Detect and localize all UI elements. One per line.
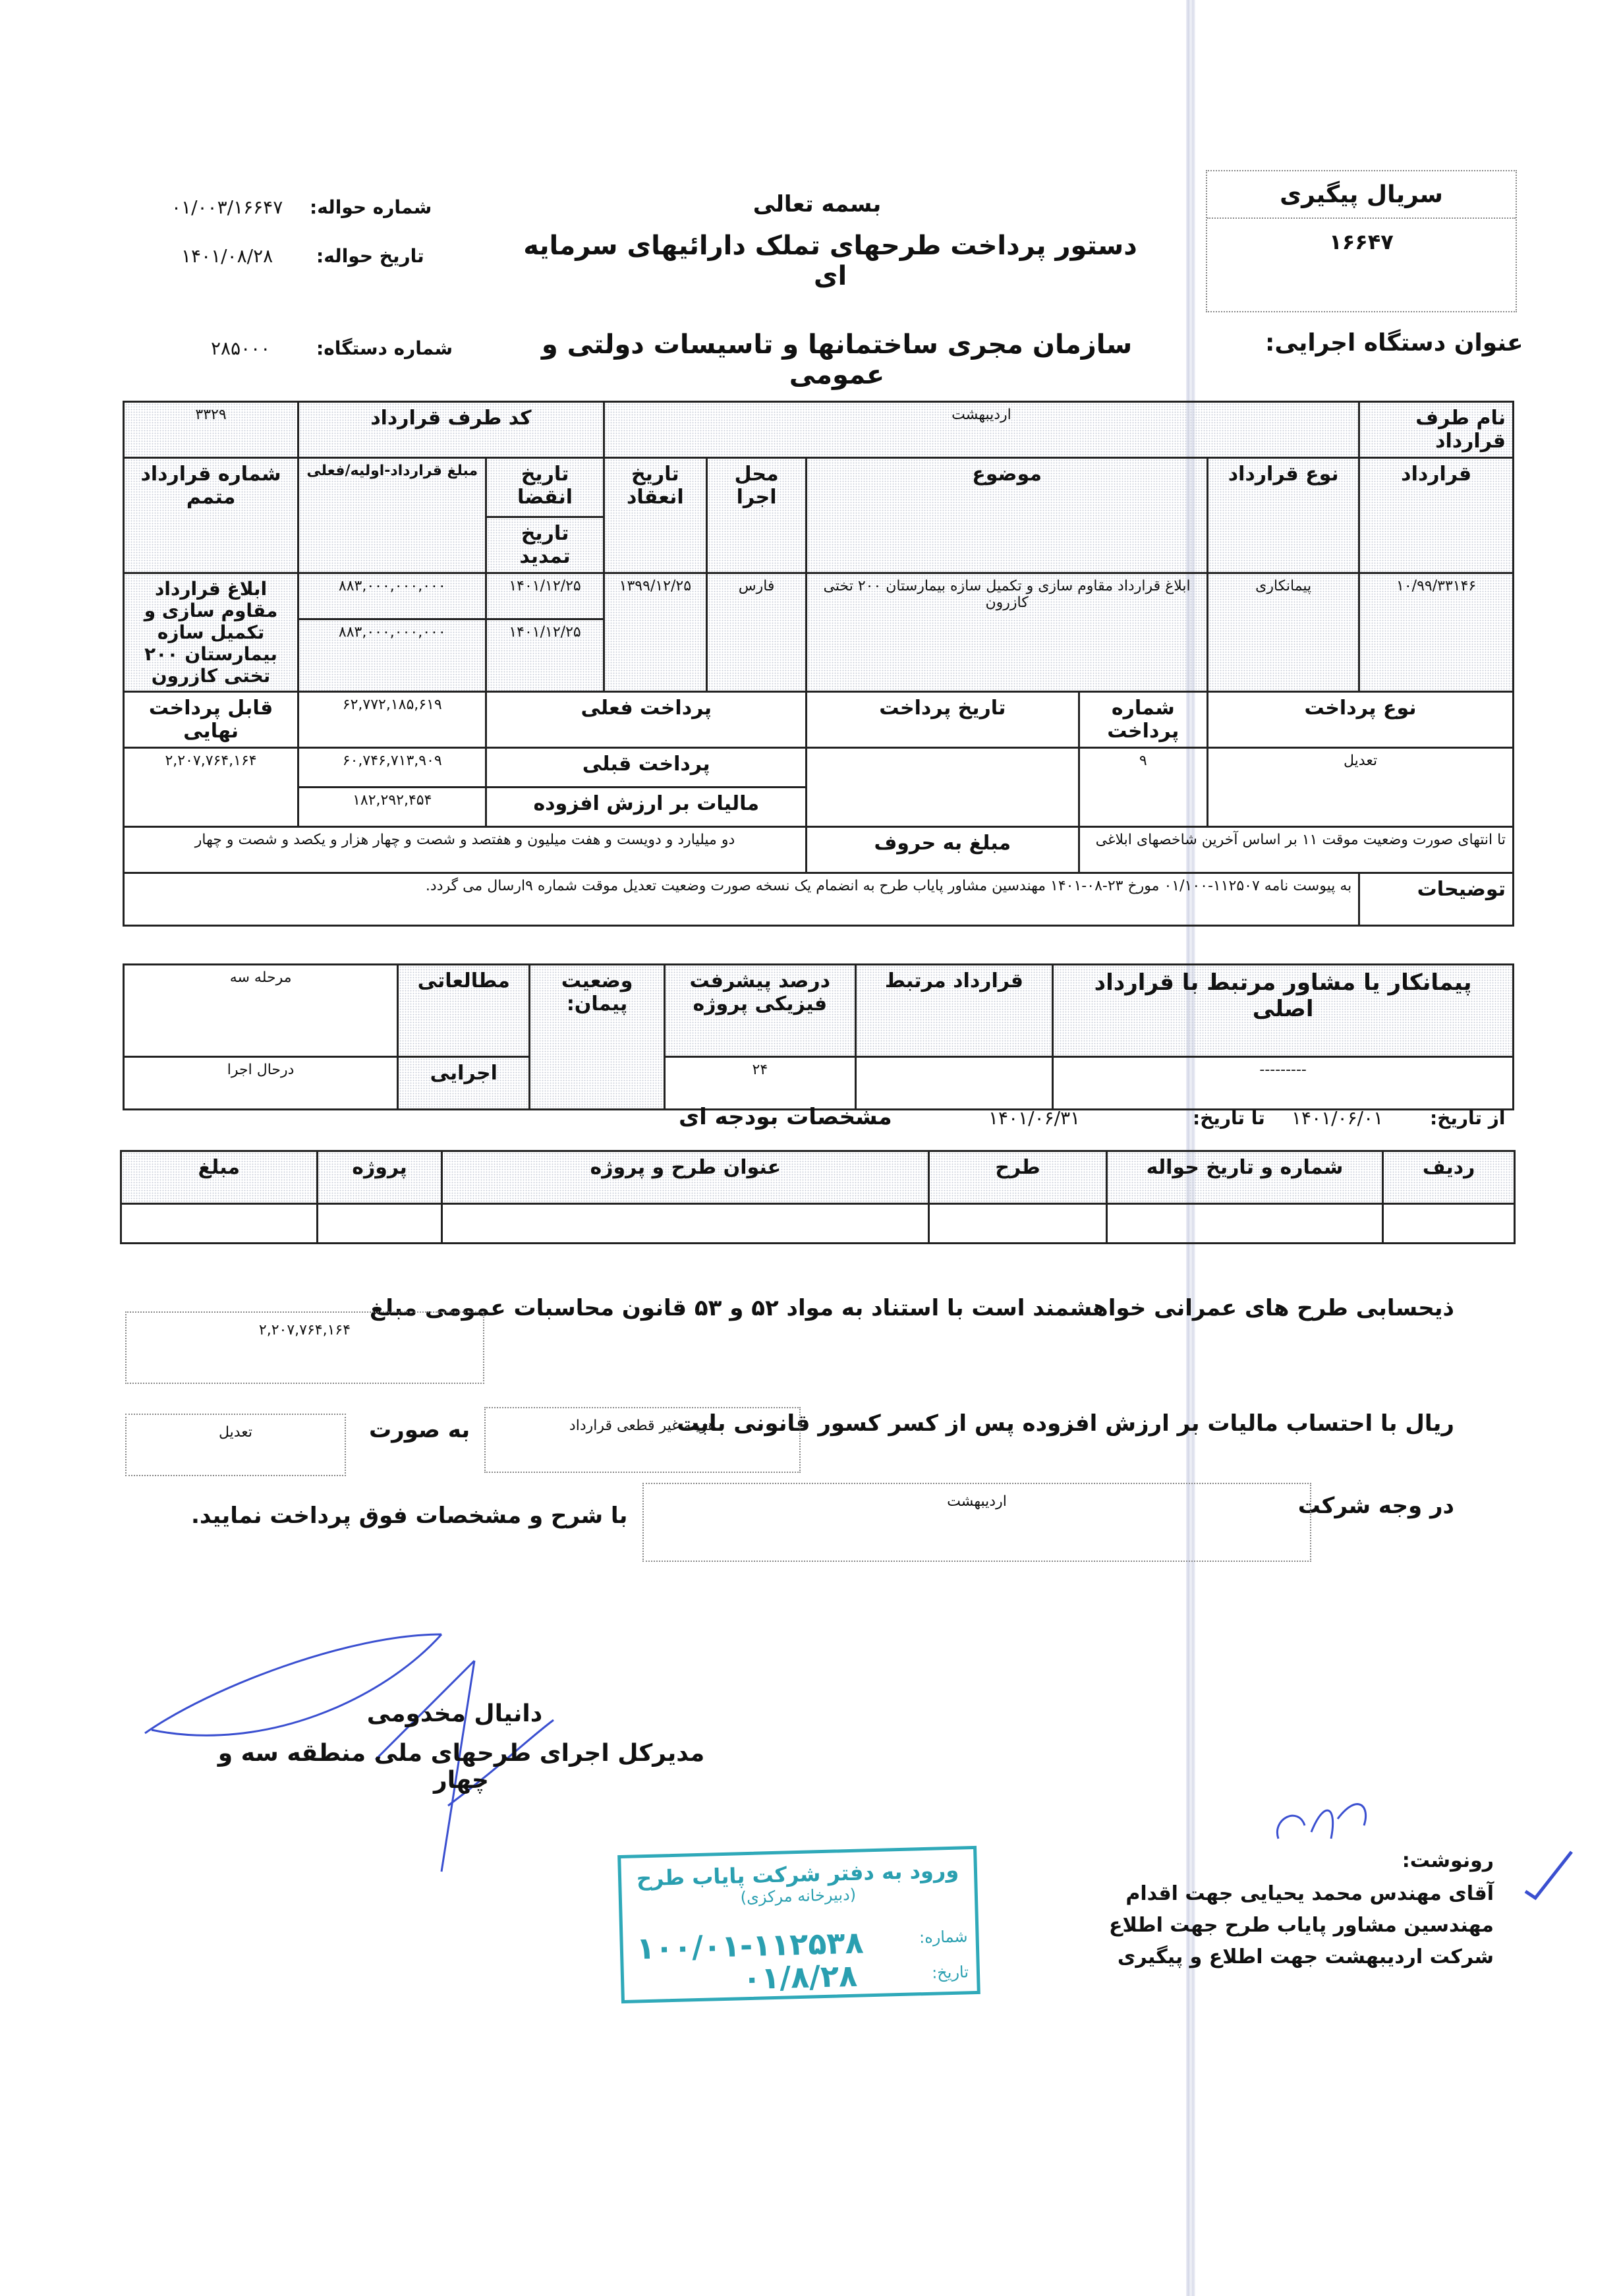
device-no-value: ۲۸۵۰۰۰ [211, 337, 270, 359]
budget-col-plan: طرح [929, 1151, 1107, 1204]
final-payable-value: ۲,۲۰۷,۷۶۴,۱۶۴ [124, 748, 298, 827]
location-header: محل اجرا [707, 458, 807, 573]
budget-col-title: عنوان طرح و پروژه [442, 1151, 929, 1204]
page-title: دستور پرداخت طرحهای تملک دارائیهای سرمای… [514, 231, 1147, 291]
vat-value: ۱۸۲,۲۹۲,۴۵۴ [298, 788, 486, 827]
checkmark-icon [1522, 1845, 1575, 1905]
related-contract-label: قرارداد مرتبط [855, 965, 1053, 1057]
stamp-date-value: ۰۱/۸/۲۸ [742, 1958, 857, 1997]
cc-list: آقای مهندس محمد یحیایی جهت اقدام مهندسین… [1109, 1878, 1494, 1973]
company-box: اردیبهشت [642, 1483, 1311, 1562]
form-box: تعدیل [125, 1414, 346, 1476]
notes-value: به پیوست نامه ۱۱۲۵۰۷-۰۱/۱۰۰ مورخ ۲۳-۰۸-۱… [124, 873, 1359, 926]
related-table: پیمانکار یا مشاور مرتبط با قرارداد اصلی … [123, 963, 1514, 1110]
current-payment-value: ۶۲,۷۷۲,۱۸۵,۶۱۹ [298, 692, 486, 748]
contract-sign-date: ۱۳۹۹/۱۲/۲۵ [604, 573, 706, 692]
cc-item: مهندسین مشاور پایاب طرح جهت اطلاع [1109, 1910, 1494, 1941]
supplement-no: ابلاغ قرارداد مقاوم سازی و تکمیل سازه بی… [124, 573, 298, 692]
contract-header: قرارداد [1359, 458, 1514, 573]
budget-cell [1383, 1204, 1515, 1244]
final-payable-label: قابل پرداخت نهایی [124, 692, 298, 748]
org-value: سازمان مجری ساختمانها و تاسیسات دولتی و … [540, 330, 1133, 390]
serial-label: سریال پیگیری [1207, 171, 1516, 219]
signer-name: دانیال مخدومی [329, 1700, 580, 1727]
current-payment-label: پرداخت فعلی [486, 692, 807, 748]
contract-amount-initial: ۸۸۳,۰۰۰,۰۰۰,۰۰۰ [298, 573, 486, 619]
serial-value: ۱۶۶۴۷ [1207, 219, 1516, 254]
related-contract-value [855, 1057, 1053, 1110]
notes-label: توضیحات [1359, 873, 1514, 926]
supplement-header: شماره قرارداد متمم [124, 458, 298, 573]
sign-date-header: تاریخ انعقاد [604, 458, 706, 573]
stage-exec: درحال اجرا [124, 1057, 398, 1110]
cc-label: رونوشت: [1402, 1845, 1494, 1877]
from-date-value: ۱۴۰۱/۰۶/۰۱ [1292, 1107, 1383, 1129]
contract-table: نام طرف قرارداد اردیبهشت کد طرف قرارداد … [123, 401, 1514, 927]
office-entry-stamp: ورود به دفتر شرکت پایاب طرح (دبیرخانه مر… [617, 1846, 980, 2003]
payment-type-label: نوع پرداخت [1208, 692, 1514, 748]
budget-cell [121, 1204, 318, 1244]
budget-cell [442, 1204, 929, 1244]
contractor-value: --------- [1053, 1057, 1514, 1110]
budget-col-amount: مبلغ [121, 1151, 318, 1204]
contractor-label: پیمانکار یا مشاور مرتبط با قرارداد اصلی [1053, 965, 1514, 1057]
budget-table: ردیف شماره و تاریخ حواله طرح عنوان طرح و… [120, 1150, 1516, 1244]
device-no-label: شماره دستگاه: [316, 337, 453, 359]
payment-number-value: ۹ [1079, 748, 1208, 827]
to-date-label: تا تاریخ: [1193, 1107, 1265, 1129]
signer-position: مدیرکل اجرای طرحهای ملی منطقه سه و چهار [198, 1740, 725, 1794]
contract-expiry-date: ۱۴۰۱/۱۲/۲۵ [486, 573, 604, 619]
cc-item: شرکت اردیبهشت جهت اطلاع و پیگیری [1109, 1941, 1494, 1973]
payment-basis: تا انتهای صورت وضعیت موقت ۱۱ بر اساس آخر… [1079, 827, 1514, 873]
progress-value: ۲۴ [664, 1057, 855, 1110]
subject-header: موضوع [807, 458, 1208, 573]
amount-in-words-value: دو میلیارد و دویست و هفت میلیون و هفتصد … [124, 827, 807, 873]
contract-no: ۱۰/۹۹/۳۳۱۴۶ [1359, 573, 1514, 692]
from-date-label: از تاریخ: [1430, 1107, 1506, 1129]
contract-extension-date: ۱۴۰۱/۱۲/۲۵ [486, 619, 604, 692]
stamp-date-label: تاریخ: [932, 1963, 969, 1982]
payment-type-value: تعدیل [1208, 748, 1514, 827]
payment-date-label: تاریخ پرداخت [807, 692, 1079, 748]
contract-type: پیمانکاری [1208, 573, 1359, 692]
org-label: عنوان دستگاه اجرایی: [1265, 330, 1523, 357]
vat-label: مالیات بر ارزش افزوده [486, 788, 807, 827]
party-name-value: اردیبهشت [604, 402, 1359, 458]
budget-col-project: پروژه [317, 1151, 442, 1204]
bismillah: بسمه تعالی [685, 191, 949, 217]
stamp-number-label: شماره: [919, 1927, 968, 1947]
contract-location: فارس [707, 573, 807, 692]
party-code-value: ۳۳۲۹ [124, 402, 298, 458]
budget-col-havale: شماره و تاریخ حواله [1106, 1151, 1382, 1204]
budget-cell [929, 1204, 1107, 1244]
contract-type-header: نوع قرارداد [1208, 458, 1359, 573]
tracking-serial-box: سریال پیگیری ۱۶۶۴۷ [1206, 170, 1517, 312]
budget-title: مشخصات بودجه ای [679, 1104, 892, 1130]
cc-item: آقای مهندس محمد یحیایی جهت اقدام [1109, 1878, 1494, 1910]
budget-cell [317, 1204, 442, 1244]
amount-box: ۲,۲۰۷,۷۶۴,۱۶۴ [125, 1311, 484, 1384]
budget-cell [1106, 1204, 1382, 1244]
status-study: مطالعاتی [398, 965, 530, 1057]
amount-in-words-label: مبلغ به حروف [807, 827, 1079, 873]
havale-date-label: تاریخ حواله: [316, 245, 424, 267]
handwritten-initials-icon [1265, 1779, 1397, 1858]
contract-status-label: وضعیت پیمان: [530, 965, 665, 1110]
to-date-value: ۱۴۰۱/۰۶/۳۱ [988, 1107, 1080, 1129]
payment-date-value [807, 748, 1079, 827]
body-line-1: ذیحسابی طرح های عمرانی خواهشمند است با ا… [370, 1295, 1454, 1321]
payment-number-label: شماره پرداخت [1079, 692, 1208, 748]
party-name-label: نام طرف قرارداد [1359, 402, 1514, 458]
party-code-label: کد طرف قرارداد [298, 402, 604, 458]
budget-col-row: ردیف [1383, 1151, 1515, 1204]
previous-payment-label: پرداخت قبلی [486, 748, 807, 788]
contract-subject: ابلاغ قرارداد مقاوم سازی و تکمیل سازه بی… [807, 573, 1208, 692]
company-label: در وجه شرکت [1298, 1493, 1454, 1519]
closing-text: با شرح و مشخصات فوق پرداخت نمایید. [191, 1503, 627, 1529]
contract-amount-current: ۸۸۳,۰۰۰,۰۰۰,۰۰۰ [298, 619, 486, 692]
progress-label: درصد پیشرفت فیزیکی پروژه [664, 965, 855, 1057]
havale-date-value: ۱۴۰۱/۰۸/۲۸ [181, 245, 273, 267]
extension-date-header: تاریخ تمدید [486, 517, 604, 573]
amount-header: مبلغ قرارداد-اولیه/فعلی [298, 458, 486, 573]
havale-no-value: ۰۱/۰۰۳/۱۶۶۴۷ [171, 196, 283, 218]
havale-no-label: شماره حواله: [310, 196, 432, 218]
stage-study: مرحله سه [124, 965, 398, 1057]
status-exec: اجرایی [398, 1057, 530, 1110]
previous-payment-value: ۶۰,۷۴۶,۷۱۳,۹۰۹ [298, 748, 486, 788]
as-label: به صورت [369, 1417, 470, 1443]
expiry-date-header: تاریخ انقضا [486, 458, 604, 517]
reason-box: هزینه غیر قطعی قرارداد [484, 1407, 801, 1473]
